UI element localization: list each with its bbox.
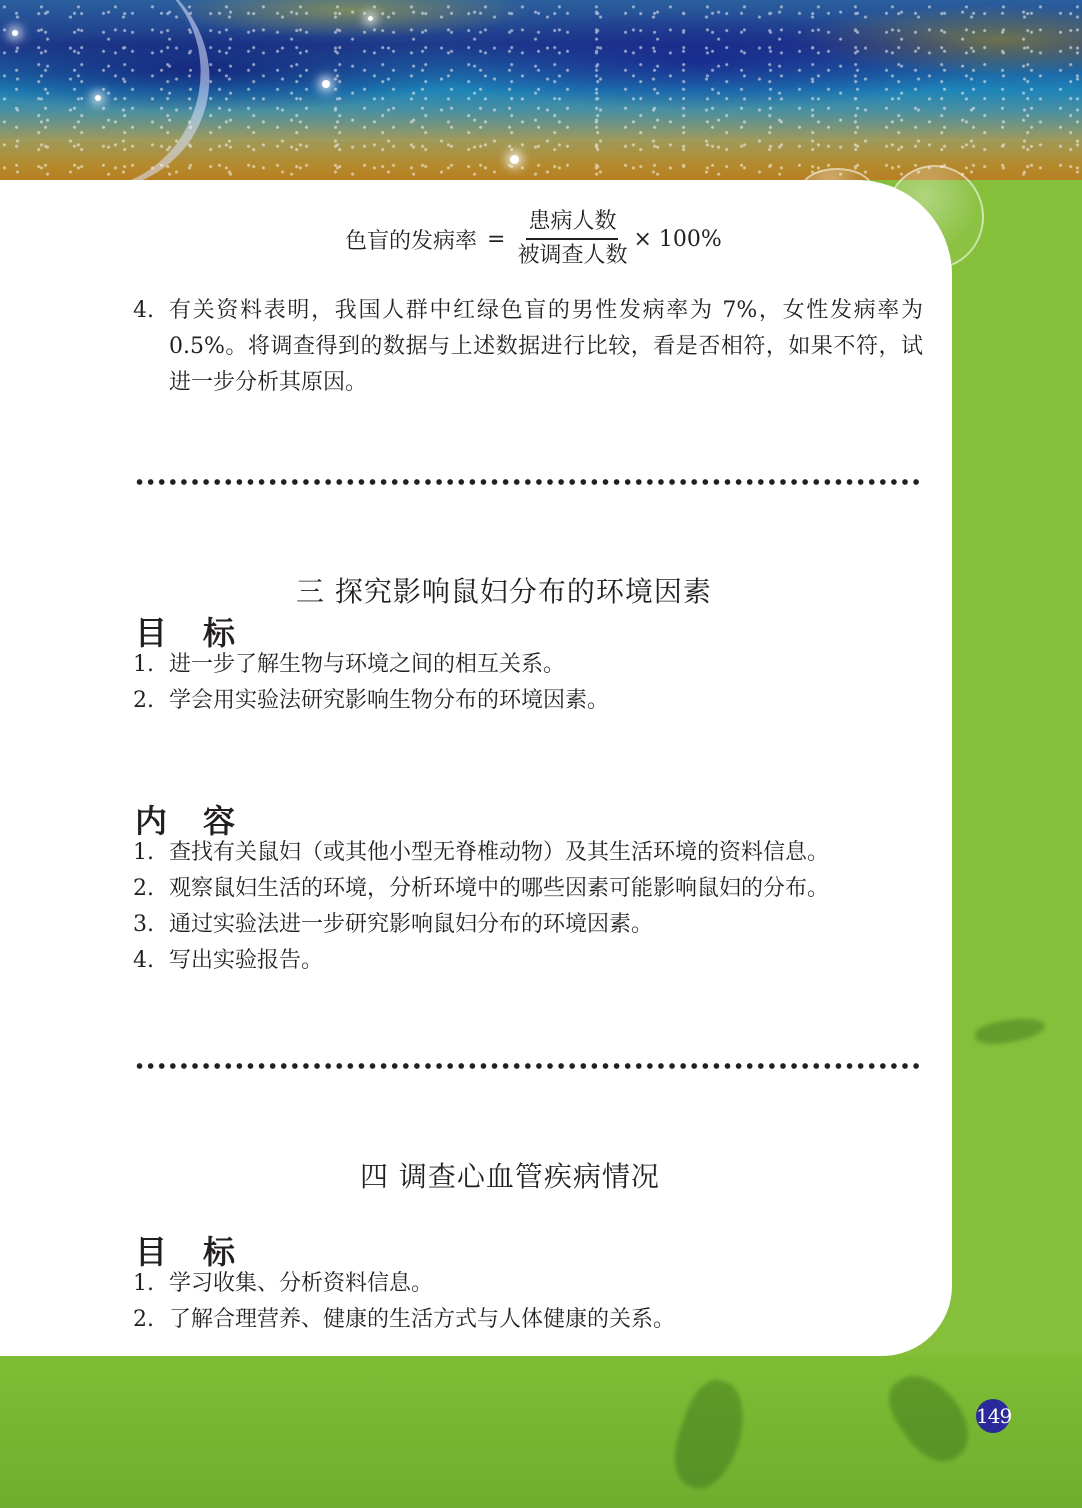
formula-numerator: 患病人数 [526, 208, 618, 240]
item-number: 4. [133, 943, 169, 979]
item-text: 学习收集、分析资料信息。 [169, 1266, 675, 1302]
item-text: 观察鼠妇生活的环境，分析环境中的哪些因素可能影响鼠妇的分布。 [169, 871, 829, 907]
item-number: 4. [133, 293, 169, 401]
content-list: 1.查找有关鼠妇（或其他小型无脊椎动物）及其生活环境的资料信息。 2.观察鼠妇生… [133, 835, 829, 979]
section-title: 三 探究影响鼠妇分布的环境因素 [296, 570, 712, 610]
formula-fraction: 患病人数 被调查人数 [515, 208, 629, 270]
list-item: 4.写出实验报告。 [133, 943, 829, 979]
list-item: 3.通过实验法进一步研究影响鼠妇分布的环境因素。 [133, 907, 829, 943]
list-item: 2.了解合理营养、健康的生活方式与人体健康的关系。 [133, 1302, 675, 1338]
list-item: 1.进一步了解生物与环境之间的相互关系。 [133, 647, 609, 683]
section-title: 四 调查心血管疾病情况 [360, 1155, 660, 1195]
star-sparkle-icon [510, 155, 519, 164]
item-text: 通过实验法进一步研究影响鼠妇分布的环境因素。 [169, 907, 829, 943]
list-item: 1.学习收集、分析资料信息。 [133, 1266, 675, 1302]
list-item: 4. 有关资料表明，我国人群中红绿色盲的男性发病率为 7%，女性发病率为 0.5… [133, 293, 923, 401]
item-number: 1. [133, 1266, 169, 1302]
formula-multiplier: × 100% [633, 227, 721, 252]
color-blindness-rate-formula: 色盲的发病率 = 患病人数 被调查人数 × 100% [345, 208, 722, 270]
item-text: 进一步了解生物与环境之间的相互关系。 [169, 647, 609, 683]
item-number: 3. [133, 907, 169, 943]
page-number-badge: 149 [976, 1399, 1010, 1433]
star-sparkle-icon [322, 80, 330, 88]
star-sparkle-icon [12, 30, 18, 36]
star-sparkle-icon [95, 95, 101, 101]
list-item: 2.学会用实验法研究影响生物分布的环境因素。 [133, 683, 609, 719]
formula-denominator: 被调查人数 [515, 240, 629, 270]
item-text: 查找有关鼠妇（或其他小型无脊椎动物）及其生活环境的资料信息。 [169, 835, 829, 871]
item-text: 写出实验报告。 [169, 943, 829, 979]
dotted-divider [134, 1062, 924, 1070]
item-number: 2. [133, 871, 169, 907]
goals-list: 1.进一步了解生物与环境之间的相互关系。 2.学会用实验法研究影响生物分布的环境… [133, 647, 609, 719]
item-number: 2. [133, 1302, 169, 1338]
goals-list: 1.学习收集、分析资料信息。 2.了解合理营养、健康的生活方式与人体健康的关系。 [133, 1266, 675, 1338]
item-number: 1. [133, 647, 169, 683]
formula-equals: = [487, 227, 505, 252]
item-text: 有关资料表明，我国人群中红绿色盲的男性发病率为 7%，女性发病率为 0.5%。将… [169, 293, 923, 401]
dotted-divider [134, 478, 924, 486]
star-sparkle-icon [368, 16, 373, 21]
list-item: 1.查找有关鼠妇（或其他小型无脊椎动物）及其生活环境的资料信息。 [133, 835, 829, 871]
starfish-shadow-decoration [974, 1014, 1047, 1048]
item-number: 2. [133, 683, 169, 719]
item-text: 学会用实验法研究影响生物分布的环境因素。 [169, 683, 609, 719]
item-number: 1. [133, 835, 169, 871]
formula-lhs: 色盲的发病率 [345, 224, 477, 255]
starry-banner-image [0, 0, 1082, 180]
item-text: 了解合理营养、健康的生活方式与人体健康的关系。 [169, 1302, 675, 1338]
list-item: 2.观察鼠妇生活的环境，分析环境中的哪些因素可能影响鼠妇的分布。 [133, 871, 829, 907]
